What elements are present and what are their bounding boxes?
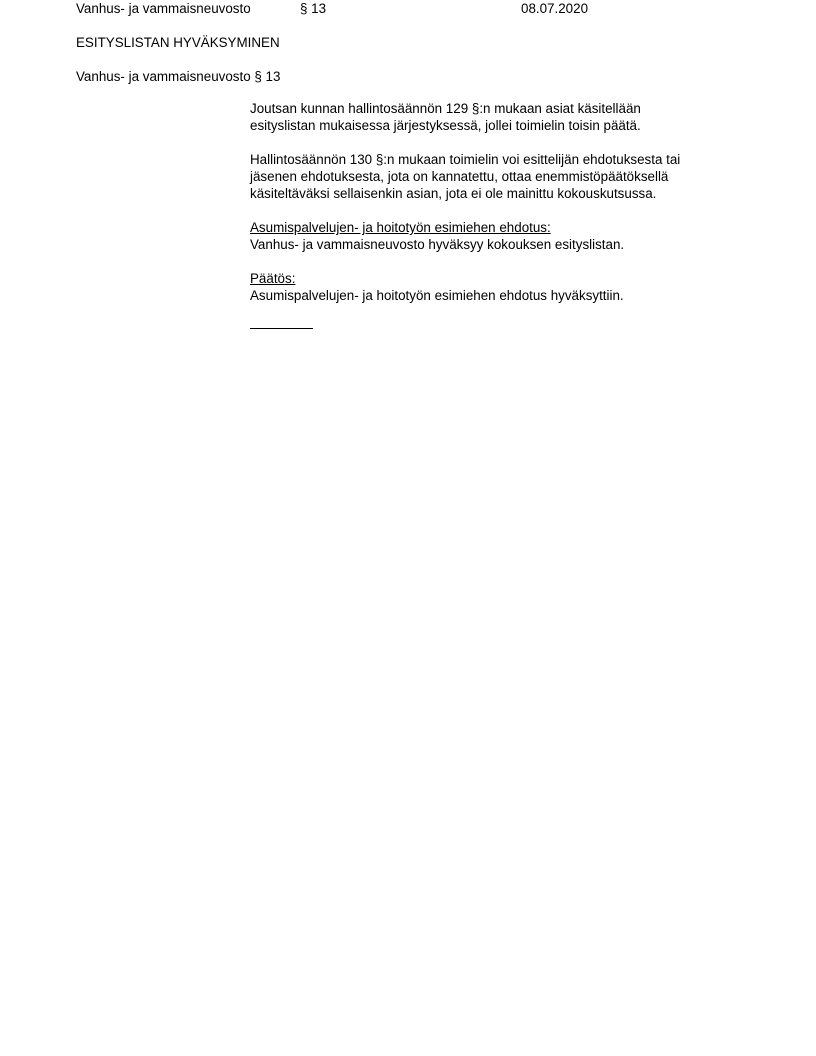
decision-heading: Päätös: bbox=[250, 270, 750, 287]
paragraph-line: käsiteltäväksi sellaisenkin asian, jota … bbox=[250, 185, 750, 202]
proposal-section: Asumispalvelujen- ja hoitotyön esimiehen… bbox=[250, 219, 750, 253]
document-title: ESITYSLISTAN HYVÄKSYMINEN bbox=[76, 34, 280, 51]
header-date: 08.07.2020 bbox=[521, 0, 588, 17]
proposal-text: Vanhus- ja vammaisneuvosto hyväksyy koko… bbox=[250, 236, 750, 253]
header-section: § 13 bbox=[300, 0, 326, 17]
end-rule bbox=[250, 328, 313, 329]
document-subtitle: Vanhus- ja vammaisneuvosto § 13 bbox=[76, 68, 280, 85]
paragraph-line: Joutsan kunnan hallintosäännön 129 §:n m… bbox=[250, 100, 750, 117]
paragraph-agenda-order: Joutsan kunnan hallintosäännön 129 §:n m… bbox=[250, 100, 750, 134]
paragraph-line: esityslistan mukaisessa järjestyksessä, … bbox=[250, 117, 750, 134]
document-body: Joutsan kunnan hallintosäännön 129 §:n m… bbox=[250, 100, 750, 329]
paragraph-line: Hallintosäännön 130 §:n mukaan toimielin… bbox=[250, 151, 750, 168]
decision-section: Päätös: Asumispalvelujen- ja hoitotyön e… bbox=[250, 270, 750, 304]
paragraph-additional-items: Hallintosäännön 130 §:n mukaan toimielin… bbox=[250, 151, 750, 202]
paragraph-line: jäsenen ehdotuksesta, jota on kannatettu… bbox=[250, 168, 750, 185]
header-organization: Vanhus- ja vammaisneuvosto bbox=[76, 0, 251, 17]
decision-text: Asumispalvelujen- ja hoitotyön esimiehen… bbox=[250, 287, 750, 304]
proposal-heading: Asumispalvelujen- ja hoitotyön esimiehen… bbox=[250, 219, 750, 236]
